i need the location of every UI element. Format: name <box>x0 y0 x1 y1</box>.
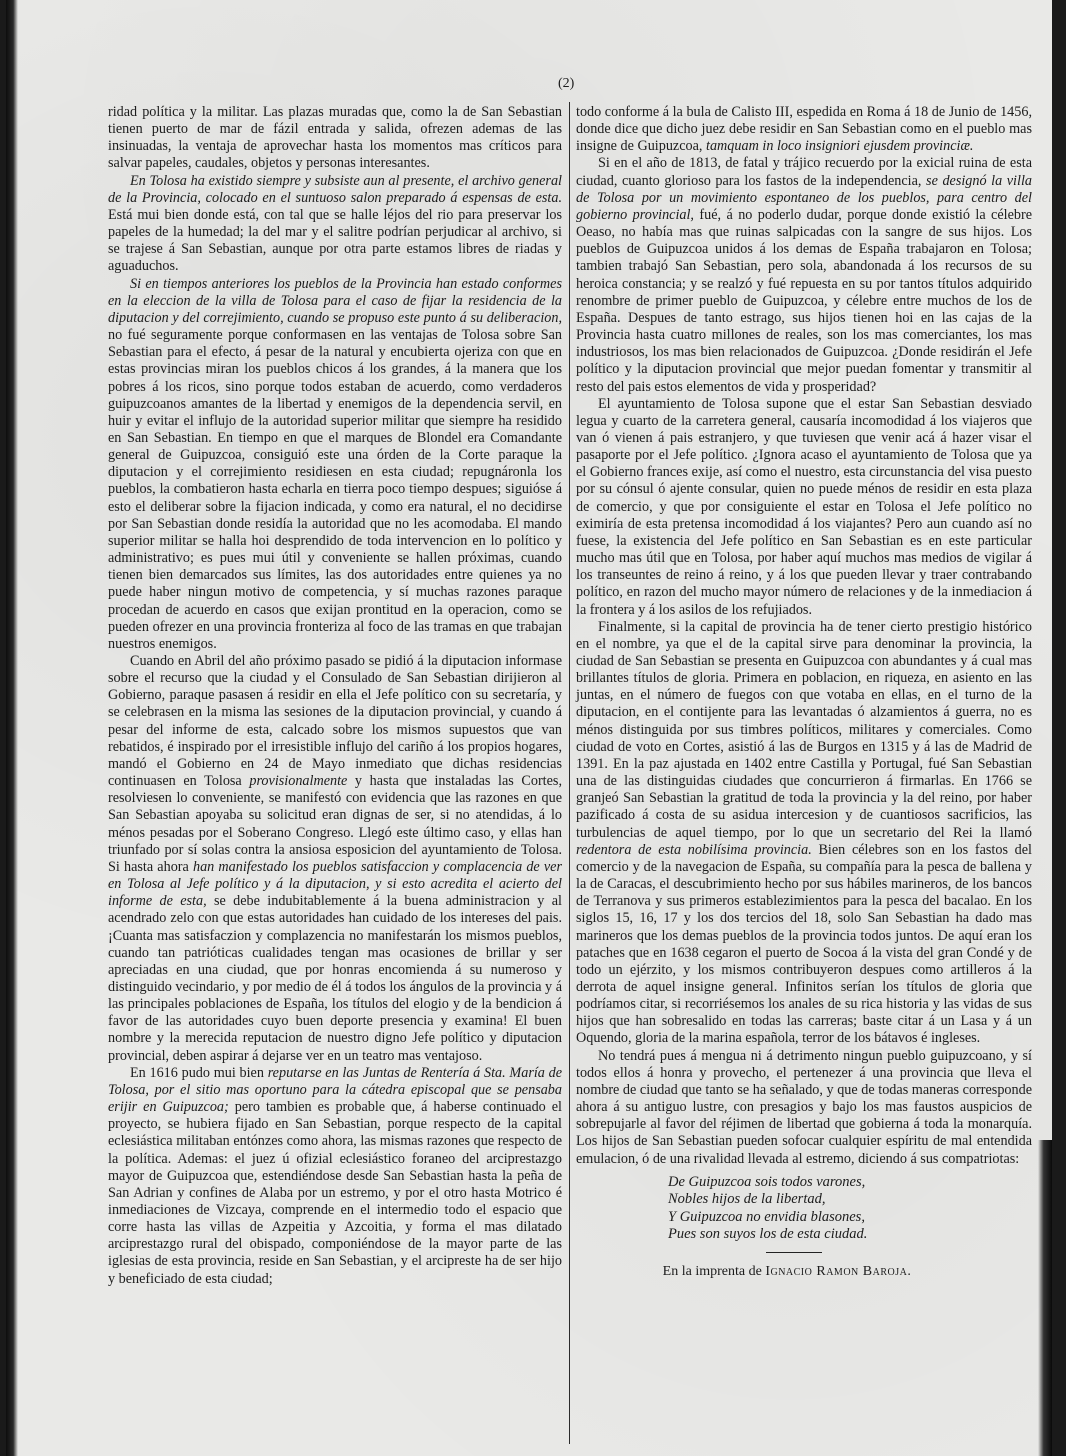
imprint-prefix: En la imprenta de <box>663 1264 766 1279</box>
text-run: Bien célebres son en los fastos del come… <box>576 842 1032 1047</box>
scan-edge-left <box>6 0 18 1456</box>
printer-name: Ignacio Ramon Baroja. <box>765 1264 911 1279</box>
paragraph: Si en tiempos anteriores los pueblos de … <box>108 276 562 653</box>
paragraph: Si en el año de 1813, de fatal y trájico… <box>576 155 1032 395</box>
verse-line: Nobles hijos de la libertad, <box>668 1191 1032 1209</box>
right-column: todo conforme á la bula de Calisto III, … <box>576 104 1032 1280</box>
page-number: (2) <box>558 76 574 92</box>
text-run: ridad política y la militar. Las plazas … <box>108 104 562 171</box>
text-run: Está mui bien donde está, con tal que se… <box>108 207 562 274</box>
text-run: No tendrá pues á mengua ni á detrimento … <box>576 1048 1032 1167</box>
document-page: (2) ridad política y la militar. Las pla… <box>6 0 1052 1456</box>
imprint-line: En la imprenta de Ignacio Ramon Baroja. <box>576 1263 1032 1280</box>
paragraph: ridad política y la militar. Las plazas … <box>108 104 562 173</box>
verse-line: De Guipuzcoa sois todos varones, <box>668 1174 1032 1192</box>
paragraph: todo conforme á la bula de Calisto III, … <box>576 104 1032 155</box>
italic-text: redentora de esta nobilísima provincia. <box>576 842 812 858</box>
italic-text: provisionalmente <box>249 773 347 789</box>
paragraph: En Tolosa ha existido siempre y subsiste… <box>108 173 562 276</box>
text-run: En 1616 pudo mui bien <box>130 1065 268 1081</box>
paragraph: Cuando en Abril del año próximo pasado s… <box>108 653 562 1065</box>
column-divider <box>569 102 570 1444</box>
verse-line: Y Guipuzcoa no envidia blasones, <box>668 1209 1032 1227</box>
text-run: pero tambien es probable que, á haberse … <box>108 1099 562 1287</box>
text-run: Finalmente, si la capital de provincia h… <box>576 619 1032 841</box>
italic-text: tamquam in loco insigniori ejusdem provi… <box>706 138 973 154</box>
horizontal-rule <box>766 1252 822 1253</box>
paragraph: El ayuntamiento de Tolosa supone que el … <box>576 396 1032 619</box>
text-run: El ayuntamiento de Tolosa supone que el … <box>576 396 1032 618</box>
verse-stanza: De Guipuzcoa sois todos varones, Nobles … <box>576 1174 1032 1244</box>
text-run: fué, á no poderlo dudar, porque donde ex… <box>576 207 1032 395</box>
verse-line: Pues son suyos los de esta ciudad. <box>668 1226 1032 1244</box>
paragraph: No tendrá pues á mengua ni á detrimento … <box>576 1048 1032 1168</box>
text-run: no fué seguramente porque conformasen en… <box>108 327 562 652</box>
text-run: Cuando en Abril del año próximo pasado s… <box>108 653 562 789</box>
text-run: se debe indubitablemente á la buena admi… <box>108 893 562 1063</box>
scan-edge-right <box>1038 1140 1052 1456</box>
left-column: ridad política y la militar. Las plazas … <box>108 104 562 1288</box>
paragraph: En 1616 pudo mui bien reputarse en las J… <box>108 1065 562 1288</box>
italic-text: En Tolosa ha existido siempre y subsiste… <box>108 173 562 206</box>
italic-text: Si en tiempos anteriores los pueblos de … <box>108 276 562 326</box>
paragraph: Finalmente, si la capital de provincia h… <box>576 619 1032 1048</box>
